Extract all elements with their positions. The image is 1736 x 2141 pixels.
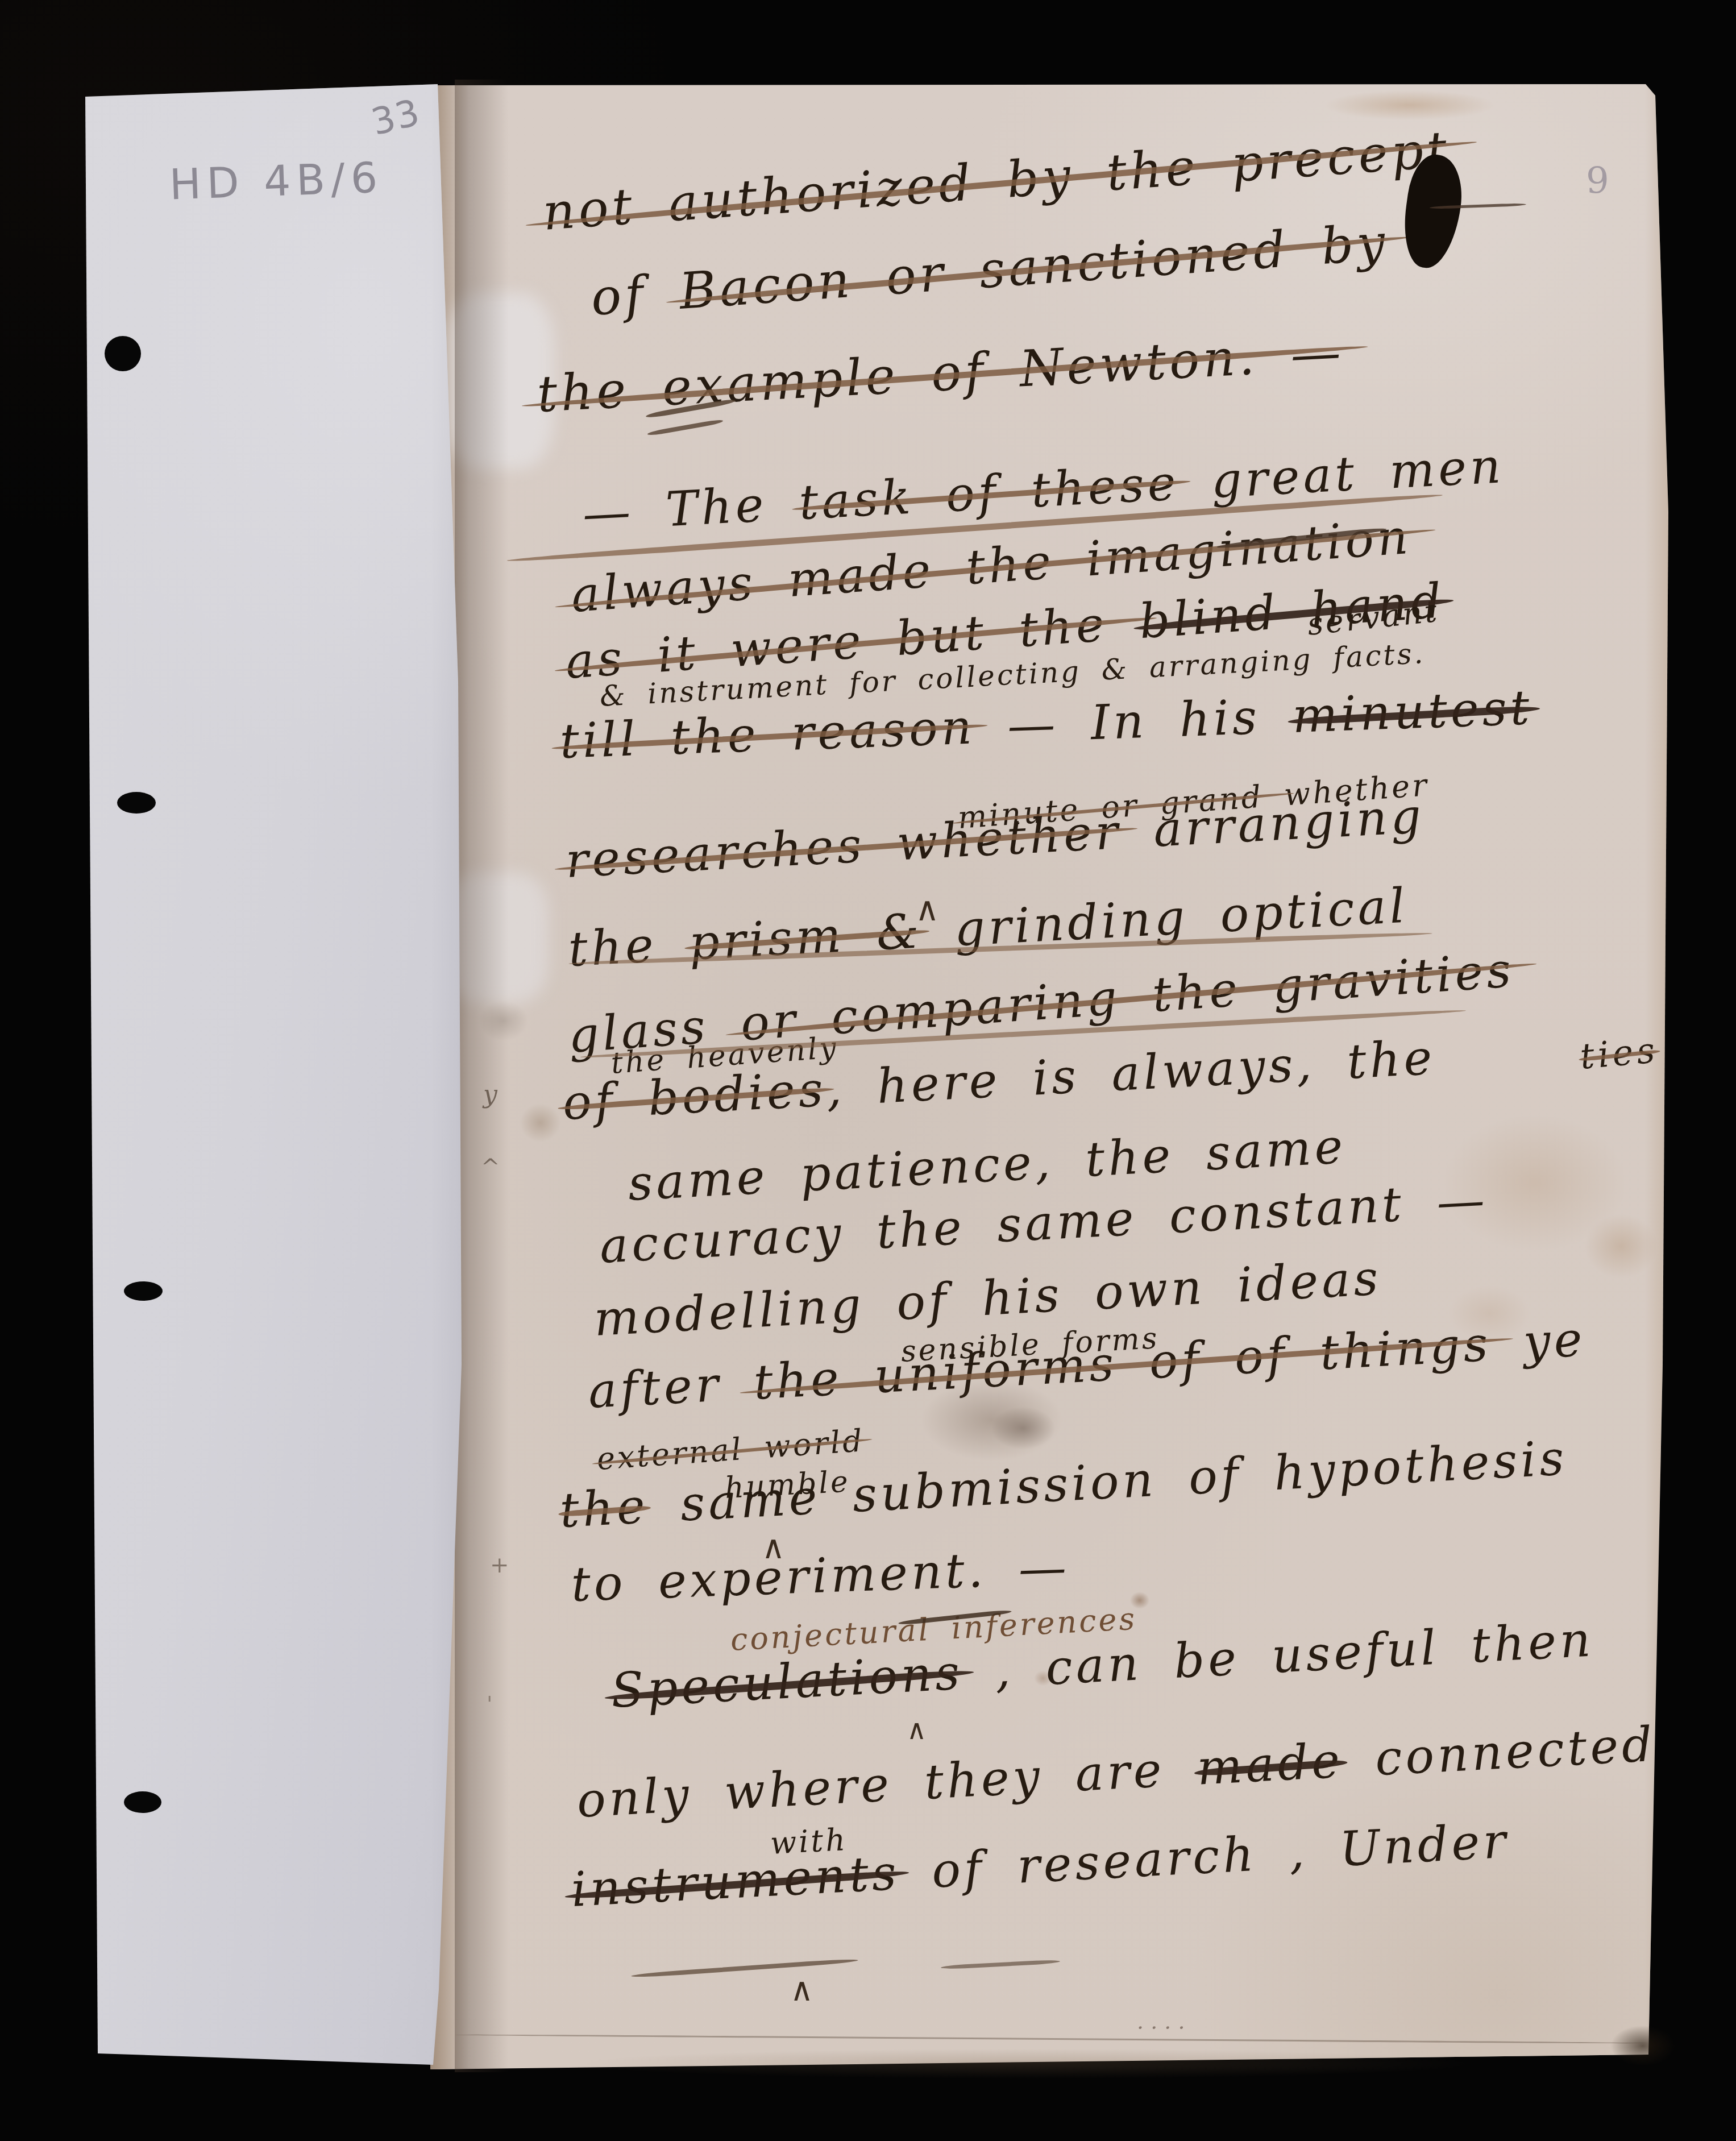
ink-text: with [769,1821,848,1861]
struck-text: ties [1579,1029,1660,1077]
manuscript-line: same patience, the same [627,1122,1347,1208]
manuscript-line: the example of Newton. — [536,327,1345,420]
margin-mark: ∧ [907,1714,927,1746]
guard-sheet: HD 4B/6 33 [84,84,482,2069]
ink-text: of [589,262,681,327]
photograph: HD 4B/6 33 9 not authorized by the prece… [0,0,1736,2141]
stain [426,2044,1620,2084]
manuscript-line: & instrument for collecting & arranging … [599,639,1426,711]
manuscript-line: external world [596,1425,865,1475]
struck-text: instruments [570,1845,901,1918]
struck-text: task of these [798,455,1181,530]
manuscript-line: glass or comparing the gravities [567,946,1516,1060]
struck-text: the [558,1478,649,1538]
struck-text: always made the imagination [570,509,1413,623]
struck-text: researches whether [564,804,1123,889]
stain [1435,1276,1543,1350]
ink-text: humble [724,1464,851,1505]
manuscript-line: with [770,1824,849,1859]
stain [1127,1589,1153,1612]
manuscript-line: only where they are made connected [576,1720,1657,1824]
stain [1600,2019,1685,2073]
struck-text: minutest [1291,679,1534,744]
manuscript-line: till the reason — In his minutest [559,683,1534,765]
struck-text: the uniforms of of things [753,1316,1493,1410]
repair-patch [446,293,554,469]
punch-hole [105,336,141,371]
manuscript-line: ties [1579,1032,1659,1074]
manuscript-line: accuracy the same constant — [599,1176,1489,1270]
ink-text: — In his [974,688,1293,754]
manuscript-line: the heavenly [610,1033,839,1078]
stain [471,994,536,1048]
stain [1413,1092,1657,1273]
ink-stroke [647,418,723,436]
handwriting-layer: 9 not authorized by the preceptof Bacon … [0,0,1736,2141]
manuscript-line: — The task of these great men [582,442,1505,538]
ink-blob [1398,151,1467,271]
punch-hole [124,1791,161,1813]
ink-text: great men [1178,438,1506,511]
ink-text: to experiment. — [570,1539,1070,1612]
ink-text: accuracy the same constant — [598,1172,1489,1274]
margin-mark: + [490,1552,509,1578]
struck-text: as it were but the [564,594,1141,690]
manuscript-line: of Bacon or sanctioned by [589,217,1390,323]
ink-stroke [1430,203,1526,209]
ink-stroke [645,398,736,419]
page-number: 9 [1586,160,1609,202]
guard-sheet-shadow [455,80,509,2072]
struck-text: till the reason [559,699,976,769]
stain [513,1097,567,1148]
repair-patch [446,873,549,1003]
ink-text: servant [1306,593,1441,642]
ink-stroke [941,1959,1060,1969]
ink-text: sensible forms [900,1321,1160,1369]
ink-text: , here is always, the [825,1030,1437,1117]
ink-text: ye [1490,1311,1587,1372]
struck-text: or comparing the gravities [738,942,1516,1052]
margin-mark: ∧ [762,1529,785,1566]
guard-layer: HD 4B/6 33 [0,0,1736,2141]
ink-stroke [507,492,1443,563]
manuscript-line: to experiment. — [571,1543,1071,1608]
ink-stroke [580,1008,1466,1060]
ink-stroke [631,1958,858,1978]
ink-text: arranging [1120,788,1426,860]
ink-text: connected [1342,1716,1657,1789]
manuscript-line: as it were but the blind hand [564,576,1446,686]
manuscript-line: conjectural inferences [730,1604,1138,1655]
manuscript-line: researches whether arranging [564,792,1426,885]
ink-text: & instrument for collecting & arranging … [599,637,1426,713]
manuscript-page [429,80,1671,2075]
manuscript-line: always made the imagination [570,513,1413,619]
ink-text: of research , Under [898,1813,1510,1901]
ink-text: same submission of hypothesis [647,1430,1569,1534]
ink-stroke [568,931,1432,966]
ink-text: — The [581,475,800,542]
struck-text: prism & [687,903,924,970]
ink-text: , can be useful then [961,1611,1595,1700]
manuscript-line: the prism & grinding optical [567,882,1409,973]
margin-mark: y [483,1080,497,1109]
margin-mark: ∧ [790,1972,813,2009]
manuscript-line: servant [1306,596,1440,640]
margin-mark: ^ [481,1154,500,1180]
stain [1296,85,1523,125]
manuscript-line: the same submission of hypothesis [559,1434,1568,1534]
struck-text: blind hand [1137,572,1447,649]
page-layer [0,0,1736,2141]
ink-text: glass [567,996,743,1064]
ink-text: grinding optical [921,878,1410,959]
stain [1031,1668,1055,1688]
manuscript-line: modelling of his own ideas [593,1254,1382,1342]
ink-text: modelling of his own ideas [592,1250,1382,1346]
struck-text: minute or grand [957,777,1285,836]
pencil-catalog-ref: HD 4B/6 [169,153,384,209]
ink-text: after [587,1355,755,1419]
struck-text: the example of Newton. — [535,323,1345,424]
pencil-folio-number: 33 [367,92,425,144]
stain [1573,1204,1669,1289]
struck-text: external world [596,1422,866,1477]
punch-hole [124,1281,163,1301]
ink-text: whether [1283,767,1430,813]
struck-text: made [1195,1732,1344,1795]
ink-text: same patience, the same [626,1118,1347,1211]
manuscript-line: of bodies, here is always, the [562,1034,1436,1127]
manuscript-line: minute or grand whether [957,770,1430,833]
ink-text: conjectural inferences [729,1601,1137,1658]
ink-text: the heavenly [610,1031,840,1081]
margin-mark: ' [487,1691,492,1716]
ink-text: only where they are [575,1740,1198,1828]
margin-mark: · · · · [1137,2015,1185,2040]
manuscript-line: after the uniforms of of things ye [587,1315,1587,1415]
punch-hole-layer [0,0,1736,2141]
stain [898,1366,1086,1474]
margin-mark: ∧ [915,890,939,928]
manuscript-line: not authorized by the precept [541,125,1452,238]
ink-stroke [455,2034,1648,2044]
ink-stroke [898,1609,1012,1626]
manuscript-line: instruments of research , Under [570,1817,1510,1914]
shadow-layer [0,0,1736,2141]
stain-layer [0,0,1736,2141]
manuscript-line: Speculations , can be useful then [610,1615,1595,1714]
ink-text: the [567,915,690,977]
struck-text: Speculations [609,1645,964,1719]
stain [981,1400,1066,1457]
struck-text: of bodies [561,1061,828,1131]
punch-hole [117,792,156,814]
manuscript-line: sensible forms [900,1323,1160,1367]
ink-decor-layer [0,0,1736,2141]
ink-stroke [1216,526,1386,549]
struck-text: Bacon or sanctioned by [678,213,1390,321]
struck-text: not authorized by the precept [541,120,1452,242]
manuscript-line: humble [724,1467,851,1503]
